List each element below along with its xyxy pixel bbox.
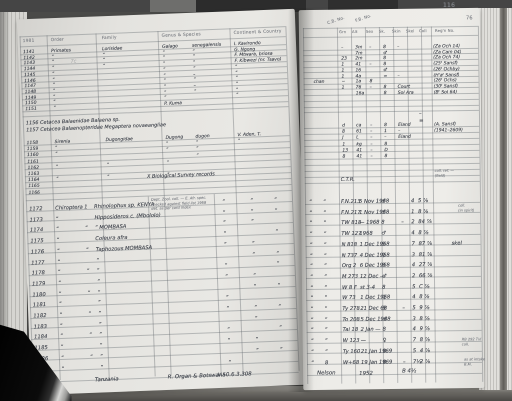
cell: – <box>370 154 372 159</box>
rule-line <box>307 330 482 333</box>
cell: Taphozous MOMBASA <box>96 245 153 252</box>
cell: ” <box>323 210 326 215</box>
cell: 3m <box>355 45 362 50</box>
cell: 8 <box>325 360 328 365</box>
cell: 7 <box>413 338 416 343</box>
cell: ” <box>53 100 56 105</box>
cell: (Bᵗ Sol 64) <box>434 90 457 95</box>
cell: ” <box>60 334 63 339</box>
cell: 1181 <box>33 303 46 309</box>
rule-line <box>22 101 288 112</box>
cell: N 818 <box>342 242 358 247</box>
cell: 81 ⅞ <box>419 252 432 257</box>
cell: ” <box>56 238 59 243</box>
cell: ♂ <box>381 231 386 236</box>
cell: ♂ <box>382 274 387 279</box>
cell: 2 <box>411 220 414 225</box>
cell: ♀ <box>382 295 386 300</box>
cell: ” <box>227 328 230 333</box>
mid-mark: – <box>419 112 422 117</box>
cell: ” <box>226 307 229 312</box>
cell: 2m <box>355 57 362 62</box>
cell: ” <box>55 217 58 222</box>
cell: ” <box>251 220 254 225</box>
cell: 6 Dec 1968 <box>360 263 390 269</box>
cell: ” <box>106 163 109 168</box>
right-page-edges-gap <box>500 8 507 390</box>
rule-line <box>306 308 481 311</box>
cell: ~ <box>342 80 346 85</box>
cell: ” <box>87 269 90 274</box>
cell: To 208 <box>342 317 359 322</box>
cell: 1144 <box>24 67 36 72</box>
column-rule <box>407 27 412 383</box>
cell: W 73 <box>342 296 356 301</box>
cell: 4 ⅞ <box>420 348 430 353</box>
cell: ” <box>325 328 328 333</box>
cell: — 1968 <box>359 221 379 226</box>
cell: 1 <box>341 68 344 73</box>
cell: – <box>370 148 372 153</box>
cell: 1182 <box>33 314 46 320</box>
continent-country-header: Continent & Country <box>233 29 281 35</box>
cell: 1172 <box>29 207 42 213</box>
cell: Eland <box>398 135 411 140</box>
cell: – <box>369 62 371 67</box>
cell: 16 <box>355 68 361 73</box>
cell: ” <box>58 270 61 275</box>
photo-of-open-register: 1141PrimatesLorisidaeGalagosenegalensisI… <box>0 0 512 401</box>
cell: ” <box>324 317 327 322</box>
cell: 4 <box>412 295 415 300</box>
rule-line <box>22 95 288 106</box>
cell: ” <box>323 232 326 237</box>
cell: ” <box>192 55 195 60</box>
cell: 8 <box>381 220 384 225</box>
cell: ” <box>254 305 257 310</box>
cell: 1184 <box>34 335 47 341</box>
cell: ” <box>163 68 166 73</box>
cell: ” <box>224 242 227 247</box>
cell: 61 <box>356 130 362 135</box>
cell: 8 ⅞ <box>418 231 428 236</box>
scribble-note-line: (field) <box>435 174 446 178</box>
cell: ♂ <box>382 317 387 322</box>
cell: 1162 <box>28 166 40 171</box>
cell: ” <box>51 60 54 65</box>
cell: ” <box>164 85 167 90</box>
cell: 1 <box>341 74 344 79</box>
cell: ” <box>278 305 281 310</box>
cell: 8 ⅞ <box>418 209 428 214</box>
cell: ” <box>52 66 55 71</box>
cell: D <box>384 148 388 153</box>
cell: ” <box>85 226 88 231</box>
side-note-line: as at intake <box>464 358 485 362</box>
cell: ” <box>323 200 326 205</box>
cell: ” <box>250 199 253 204</box>
rule-line <box>22 89 288 100</box>
bottom-row-name: Nelson <box>317 371 335 377</box>
cell: ” <box>323 221 326 226</box>
cell: Sol Ara <box>398 90 414 95</box>
cell: ” <box>99 322 102 327</box>
cell: 1183 <box>34 324 47 330</box>
cell: Eland <box>398 123 411 128</box>
cell: ” <box>324 253 327 258</box>
cell: 76 <box>356 85 362 90</box>
cell: 13 <box>342 148 348 153</box>
cell: F.N.213 <box>341 199 361 204</box>
cell: Ty 278 <box>342 306 360 311</box>
cell: Court <box>398 85 410 90</box>
cell: ” <box>98 301 101 306</box>
cell: ” <box>324 296 327 301</box>
cell: ” <box>55 152 58 157</box>
cell: 8 <box>382 306 385 311</box>
cell: 19 Jan 1969 <box>361 360 392 366</box>
bottom-row-locality: Tanzania <box>95 377 119 383</box>
cell: ” <box>96 258 99 263</box>
cell: (Za Och 14) <box>433 44 460 49</box>
cell: – <box>384 135 386 140</box>
cell: L <box>356 136 359 141</box>
cell: Primates <box>51 48 71 53</box>
cell: ” <box>235 82 238 87</box>
register-left-page: 1141PrimatesLorisidaeGalagosenegalensisI… <box>17 9 309 395</box>
cell: 8 <box>383 45 386 50</box>
cell: – <box>370 123 372 128</box>
cell: Rhinolophus sp. KENYA <box>94 202 154 210</box>
cell: 4 <box>411 199 414 204</box>
cell: F.N.217 <box>341 210 361 215</box>
cell: 1174 <box>30 228 43 234</box>
cell: 41 <box>356 148 362 153</box>
cell: 1 <box>341 63 344 68</box>
cell: C ⅞ <box>419 284 429 289</box>
cell: kg <box>356 142 362 147</box>
cell: ” <box>90 355 93 360</box>
cell: ” <box>56 177 59 182</box>
cell: ” <box>253 284 256 289</box>
cell: – <box>403 359 406 364</box>
rule-line <box>304 110 479 113</box>
cell: ” <box>89 333 92 338</box>
right-page-edges <box>479 8 512 390</box>
cell: – <box>193 84 195 89</box>
rule-line <box>307 351 482 354</box>
cell: ” <box>252 241 255 246</box>
column-rule <box>148 197 156 377</box>
cell: st 3-4 <box>360 285 375 290</box>
cell: ” <box>58 281 61 286</box>
cell: ” <box>324 264 327 269</box>
cell: ” <box>56 227 59 232</box>
cell: 8 <box>384 142 387 147</box>
rule-line <box>307 362 482 365</box>
cell: ” <box>193 78 196 83</box>
rule-line <box>33 372 299 383</box>
cell: ” <box>235 71 238 76</box>
cell: 8 <box>384 154 387 159</box>
cell: I. Kavirondo <box>234 41 261 47</box>
cell: 5 <box>413 349 416 354</box>
cell: ” <box>100 354 103 359</box>
cell: 5 <box>412 306 415 311</box>
pencil-smudge: 7c <box>70 59 76 64</box>
cell: ” <box>193 61 196 66</box>
cell: ” <box>163 62 166 67</box>
cell: ” <box>275 230 278 235</box>
cell: 8 <box>384 85 387 90</box>
cell: Chiroptera <box>55 205 83 211</box>
cell: ” <box>253 273 256 278</box>
cell: 1968 <box>359 231 372 236</box>
cell: 1180 <box>32 292 45 298</box>
scribble-note-line: coll. ref. — <box>435 169 454 173</box>
cell: ” <box>53 106 56 111</box>
column-header: Skin <box>392 30 401 34</box>
cell: ” <box>279 326 282 331</box>
cell: ” <box>252 252 255 257</box>
rule-line <box>305 181 480 184</box>
cell: (26ᵗ Ochs) <box>434 78 457 83</box>
rule-line <box>305 163 480 166</box>
cell: ” <box>224 264 227 269</box>
bottom-row-year: 1952 <box>359 371 373 377</box>
year-header: 1981 <box>23 39 35 44</box>
cell: ” <box>227 339 230 344</box>
fb-no-header: F.B. No. <box>355 14 372 23</box>
bottom-row-accession: V.50.6.3.308 <box>218 372 252 379</box>
cell: 5 <box>412 284 415 289</box>
cell: ” <box>324 275 327 280</box>
cell: 9 ⅞ <box>420 327 430 332</box>
cell: ” <box>57 249 60 254</box>
rule-line <box>305 175 480 178</box>
cell: 1175 <box>30 239 43 245</box>
column-header: Sk. <box>379 30 385 34</box>
cell: 4 <box>412 263 415 268</box>
cell: 8 <box>382 263 385 268</box>
cell: ” <box>324 243 327 248</box>
cell: ” <box>235 76 238 81</box>
cell: ” <box>98 311 101 316</box>
cell: 1141 <box>23 50 35 55</box>
cell: V. Aden, T. <box>237 132 261 137</box>
cell: ” <box>325 350 328 355</box>
cell: 87 ⅞ <box>419 241 432 246</box>
cell: ” <box>87 290 90 295</box>
cell: d <box>342 124 345 129</box>
cell: – <box>370 129 372 134</box>
cell: 1 <box>342 142 345 147</box>
cell: ” <box>162 56 165 61</box>
registration-header: Reg'n No. <box>435 29 455 33</box>
cell: – <box>397 45 399 50</box>
rule-line <box>307 341 482 344</box>
cell: 1178 <box>32 271 45 277</box>
cell: ” <box>226 296 229 301</box>
cell: 4 <box>411 231 414 236</box>
cell: – <box>370 85 372 90</box>
column-header: Sex <box>366 30 373 34</box>
cb-no-header: C.B. No. <box>327 16 345 26</box>
cell: (A. Sansf) <box>434 122 456 127</box>
cell: 1159 <box>27 147 39 152</box>
cell: 5 ⅞ <box>418 199 428 204</box>
cell: 1164 <box>28 178 40 183</box>
cell: 1177 <box>31 260 44 266</box>
cell: ” <box>223 221 226 226</box>
cell: 8 <box>383 56 386 61</box>
cell: skel <box>452 241 462 246</box>
cell: ” <box>52 72 55 77</box>
cell: ” <box>53 89 56 94</box>
rule-line <box>305 201 480 204</box>
column-header: Alt <box>352 30 358 34</box>
cell: = <box>383 74 387 79</box>
survey-note: X Biological Survey records <box>147 172 215 180</box>
cell: 27 ⅞ <box>419 263 432 268</box>
cell: 1176 <box>31 249 44 255</box>
cell: ” <box>274 198 277 203</box>
column-header: Coll <box>419 30 427 34</box>
cell: ” <box>99 344 102 349</box>
cell: – <box>402 306 405 311</box>
cell: 1163 <box>28 172 40 177</box>
cell: 1151 <box>25 107 37 112</box>
page-number: 116 <box>443 3 455 9</box>
cell: ” <box>196 141 199 146</box>
book-gutter <box>288 8 314 392</box>
cell: P. Kuma <box>164 101 182 106</box>
cell: 84 ⅞ <box>418 220 431 225</box>
ctr-note: C.T.R. <box>341 177 355 182</box>
cell: ” <box>222 200 225 205</box>
cell: Ty 160 <box>343 349 361 354</box>
cell: 1148 <box>25 90 37 95</box>
cell: (26ᵗ Ochby) <box>433 67 459 72</box>
cell: 2 <box>412 274 415 279</box>
cell: ” <box>276 262 279 267</box>
cell: ♀ <box>383 338 387 343</box>
cell: ” <box>250 209 253 214</box>
cell: Tai 18 <box>343 328 359 333</box>
cell: – <box>370 142 372 147</box>
rule-line <box>304 144 479 147</box>
cell: – <box>398 129 400 134</box>
cell: (Za Och 74) <box>433 56 460 61</box>
rule-line <box>304 150 479 153</box>
cell: ” <box>61 366 64 371</box>
cell: 1 <box>411 209 414 214</box>
column-rule <box>214 194 222 374</box>
cell: ” <box>55 165 58 170</box>
cell: (1941–2609) <box>434 128 463 133</box>
cell: 8 <box>383 327 386 332</box>
cell: 3 <box>412 316 415 321</box>
cell: 21 Jan 1969 <box>361 349 392 355</box>
rule-line <box>305 234 480 237</box>
cell: M 273 <box>342 274 358 279</box>
cell: 1158 <box>27 141 39 146</box>
cell: 1150 <box>25 101 37 106</box>
cell: ” <box>238 139 241 144</box>
cell: ” <box>103 64 106 69</box>
cell: – <box>193 72 195 77</box>
side-note-line: coll. <box>462 343 469 347</box>
cell: ” <box>276 251 279 256</box>
cell: ” <box>88 312 91 317</box>
rule-line <box>21 72 287 83</box>
cell: N 737 <box>342 253 358 258</box>
cell: ” <box>97 269 100 274</box>
cell: 8 <box>383 62 386 67</box>
cell: 8 <box>342 130 345 135</box>
cell: ” <box>254 316 257 321</box>
cell: 1 Dec 1968 <box>360 242 390 248</box>
cell: W 8 F <box>342 285 357 290</box>
cell: ” <box>166 161 169 166</box>
cell: ♂ <box>381 199 386 204</box>
cell: 8 <box>383 360 386 365</box>
genus-species-header: Genus & Species <box>162 32 201 38</box>
cell: ” <box>324 307 327 312</box>
annotation-line: det. as per card index <box>151 206 191 211</box>
cell: ” <box>280 347 283 352</box>
cell: ” <box>97 290 100 295</box>
header-rule <box>303 35 478 38</box>
cell: ca <box>356 123 361 128</box>
rule-line <box>306 287 481 290</box>
rule-line <box>306 266 481 269</box>
rule-line <box>306 276 481 279</box>
cell: Org 2 <box>342 264 357 269</box>
cell: ” <box>107 175 110 180</box>
cell: – <box>401 220 404 225</box>
cell: ” <box>60 345 63 350</box>
cell: 41 <box>355 62 361 67</box>
cell: 2 ⅞ <box>420 359 430 364</box>
bottom-row-measure: B 4½ <box>402 369 416 375</box>
cell: 1a <box>356 80 362 85</box>
cell: 8 <box>384 91 387 96</box>
cell: 1145 <box>24 73 36 78</box>
cell: — <box>361 338 366 343</box>
rule-line <box>32 361 298 372</box>
cell: ” <box>256 348 259 353</box>
cell: 1 <box>84 205 88 210</box>
cell: 1166 <box>28 190 40 195</box>
rule-line <box>306 255 481 258</box>
rule-line <box>305 223 480 226</box>
cell: ♂ <box>383 68 387 73</box>
cell: ” <box>97 279 100 284</box>
cell: 8 ⅞ <box>419 316 429 321</box>
cell: ” <box>59 302 62 307</box>
cell: dugon <box>195 134 209 139</box>
cell: ” <box>196 153 199 158</box>
cell: Dugongidae <box>106 137 133 143</box>
rule-line <box>23 106 289 117</box>
cell: – <box>370 136 372 141</box>
column-header: Grn <box>339 31 346 35</box>
rule-line <box>22 84 288 95</box>
register-right-page: –3m–8–(Za Och 14)7m♂(Za Cam 04)232m8(Za … <box>299 8 485 390</box>
rule-line <box>22 78 288 89</box>
rule-line <box>306 298 481 301</box>
